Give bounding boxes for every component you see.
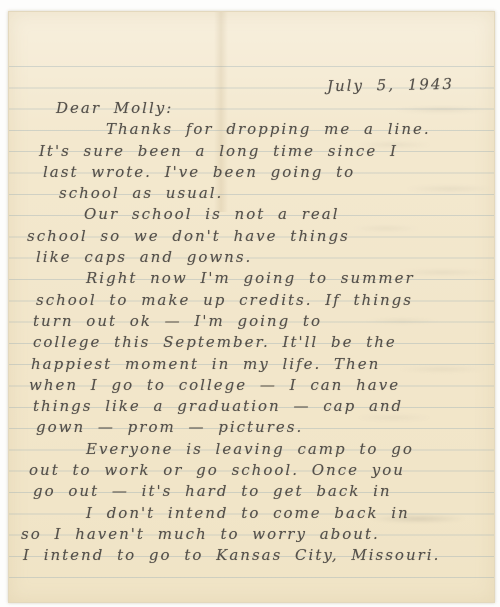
letter-line: school so we don't have things xyxy=(27,226,494,247)
letter-line: things like a graduation — cap and xyxy=(33,396,494,417)
letter-line: turn out ok — I'm going to xyxy=(33,311,494,332)
letter-line: school to make up credits. If things xyxy=(36,290,494,311)
letter-line: last wrote. I've been going to xyxy=(43,162,494,183)
letter-line: gown — prom — pictures. xyxy=(36,417,494,438)
letter-line: I intend to go to Kansas City, Missouri. xyxy=(23,545,494,566)
letter-line: happiest moment in my life. Then xyxy=(31,354,494,375)
letter-line: I don't intend to come back in xyxy=(86,503,494,524)
letter-line: so I haven't much to worry about. xyxy=(21,524,494,545)
letter-line: Thanks for dropping me a line. xyxy=(106,119,494,140)
letter-line: school as usual. xyxy=(59,183,494,204)
letter-line: like caps and gowns. xyxy=(36,247,494,268)
letter-line: college this September. It'll be the xyxy=(33,332,494,353)
letter-line: Our school is not a real xyxy=(84,204,494,225)
letter-salutation: Dear Molly: xyxy=(56,98,494,119)
letter-line: go out — it's hard to get back in xyxy=(33,481,494,502)
letter-line: Everyone is leaving camp to go xyxy=(86,439,494,460)
scan-background: July 5, 1943 Dear Molly: Thanks for drop… xyxy=(0,0,500,607)
letter-line: out to work or go school. Once you xyxy=(29,460,494,481)
letter-date: July 5, 1943 xyxy=(327,75,454,95)
letter-line: Right now I'm going to summer xyxy=(86,268,494,289)
letter-line: when I go to college — I can have xyxy=(29,375,494,396)
letter-paper: July 5, 1943 Dear Molly: Thanks for drop… xyxy=(8,11,495,603)
letter-body: Dear Molly: Thanks for dropping me a lin… xyxy=(9,98,494,567)
letter-line: It's sure been a long time since I xyxy=(39,141,494,162)
